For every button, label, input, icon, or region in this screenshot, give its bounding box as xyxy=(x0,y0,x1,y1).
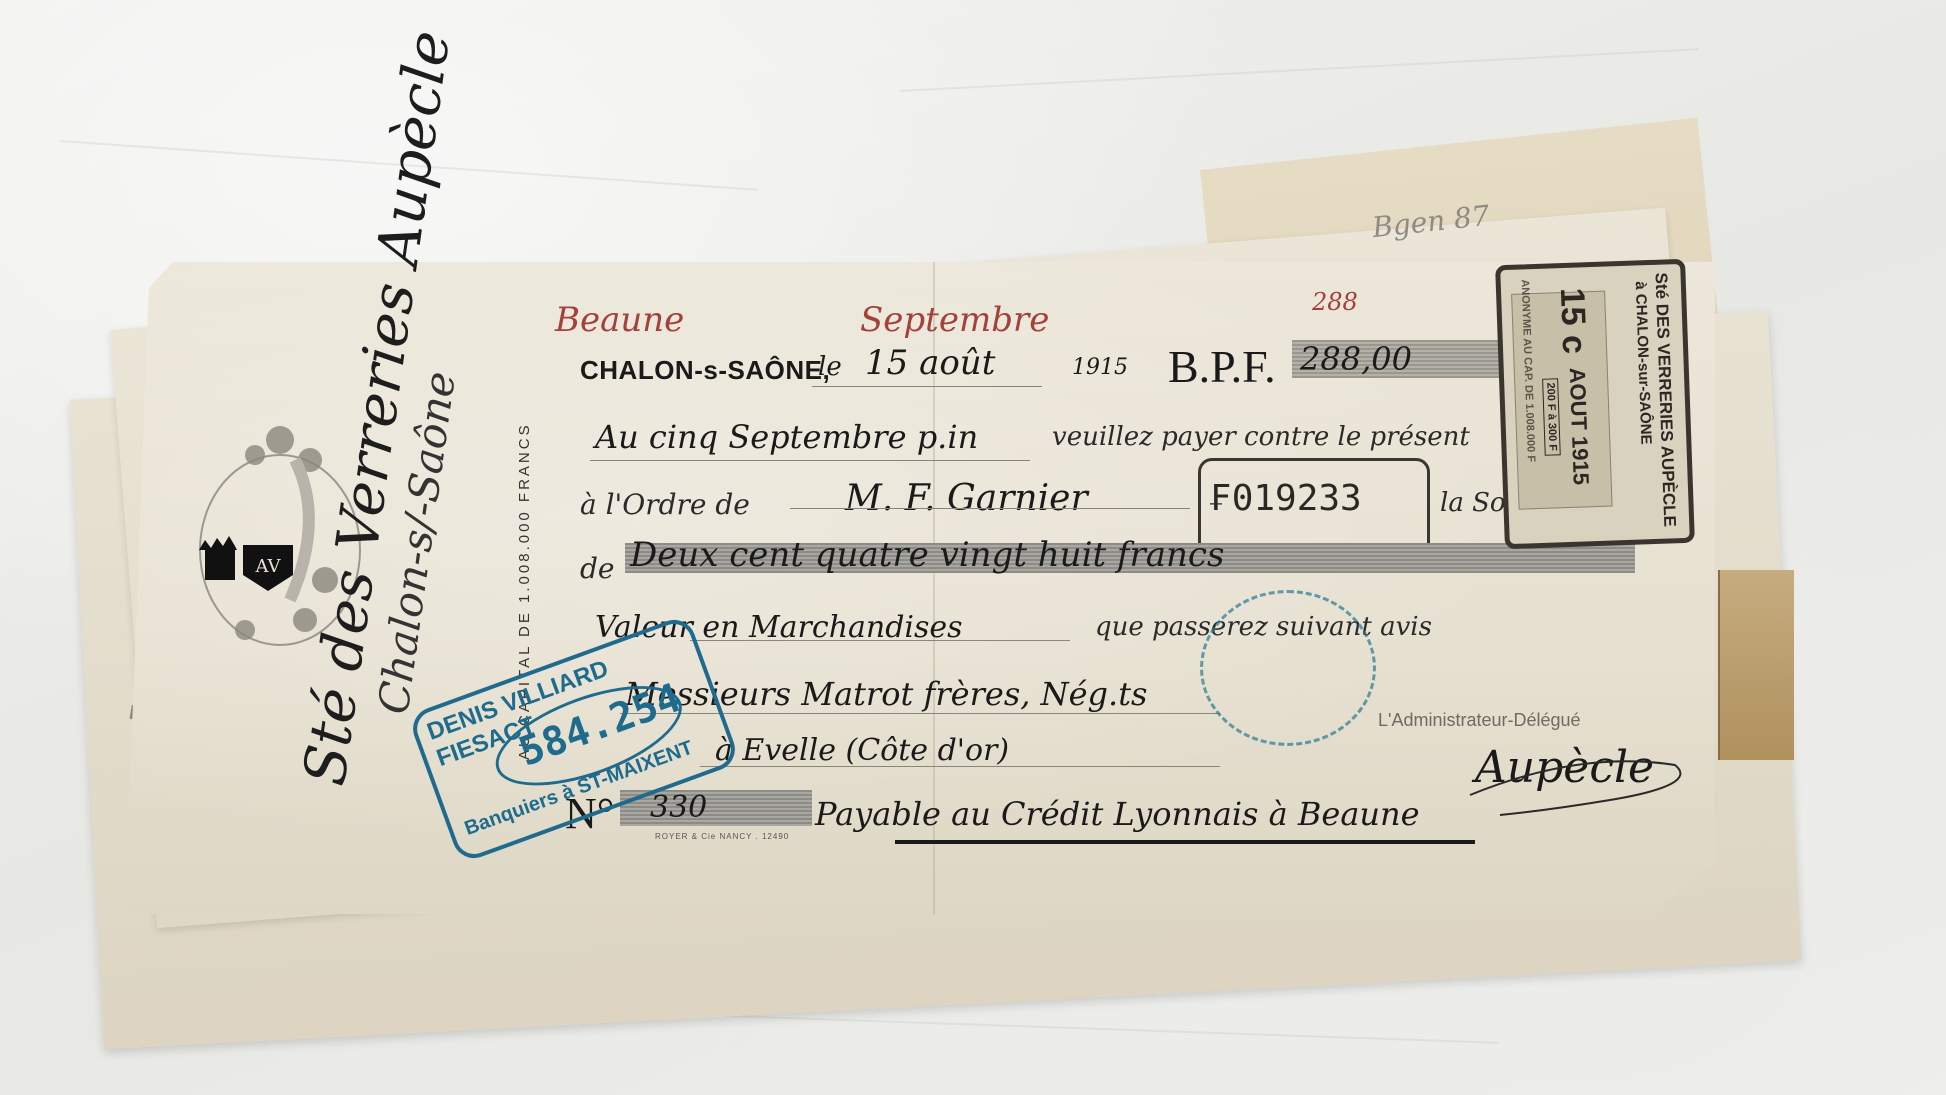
red-annotation-place: Beaune xyxy=(555,300,684,340)
tissue-crease xyxy=(900,48,1699,92)
payable-line: Payable au Crédit Lyonnais à Beaune xyxy=(815,795,1420,833)
number-value: 330 xyxy=(650,790,707,825)
serial-value: 019233 xyxy=(1232,478,1362,519)
signatory-title: L'Administrateur-Délégué xyxy=(1378,710,1581,731)
due-rule xyxy=(590,460,1030,461)
red-annotation-date: Septembre xyxy=(860,300,1049,340)
date-prefix: le xyxy=(818,352,842,382)
back-document-brown-stamp xyxy=(1718,570,1794,760)
fiscal-revenue-stamp: 15 c AOUT 1915 Sté DES VERRERIES AUPÈCLE… xyxy=(1495,259,1695,549)
drawee-location: à Evelle (Côte d'or) xyxy=(715,733,1009,768)
currency-label: B.P.F. xyxy=(1168,340,1276,393)
due-date: Au cinq Septembre p.in xyxy=(595,418,978,456)
pay-instruction: veuillez payer contre le présent xyxy=(1052,422,1470,452)
date-handwritten: 15 août xyxy=(865,343,995,383)
amount-value: 288,00 xyxy=(1300,340,1412,378)
year-handwritten: 1915 xyxy=(1072,355,1128,380)
payee-rule xyxy=(790,508,1190,509)
order-prefix: à l'Ordre de xyxy=(580,488,750,521)
faded-blue-stamp xyxy=(1200,590,1376,746)
date-rule xyxy=(812,386,1042,387)
payable-underline xyxy=(895,840,1475,844)
value-rule xyxy=(690,640,1070,641)
serial-number: ₣019233 xyxy=(1210,478,1362,519)
printer-imprint: ROYER & Cie NANCY . 12490 xyxy=(655,832,789,841)
signature-flourish xyxy=(1460,740,1690,820)
stamp-value: 15 c xyxy=(1552,287,1593,355)
location-rule xyxy=(700,766,1220,767)
stamp-issuer: Sté DES VERRERIES AUPÈCLE xyxy=(1650,272,1679,527)
amount-in-words: Deux cent quatre vingt huit francs xyxy=(630,535,1224,575)
amount-words-prefix: de xyxy=(580,552,615,585)
place-printed: CHALON-s-SAÔNE, xyxy=(580,355,830,386)
payee-name: M. F. Garnier xyxy=(845,478,1088,519)
stamp-date: AOUT 1915 xyxy=(1564,367,1594,485)
red-annotation-number: 288 xyxy=(1312,288,1358,316)
svg-text:AV: AV xyxy=(254,556,281,577)
stamp-range: 200 F à 300 F xyxy=(1542,378,1561,455)
